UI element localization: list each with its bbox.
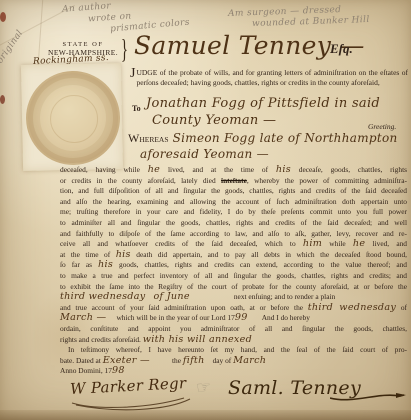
printed-text: tion, and full diſpoſition of all and ſi… — [60, 186, 407, 195]
body-line: to make a true and perfect inventory of … — [60, 271, 407, 282]
body-line: March —which will be in the year of our … — [60, 313, 407, 324]
printed-text: which will be in the year of our Lord 17 — [116, 313, 234, 322]
handwritten-text: him — [303, 238, 322, 249]
printed-text: to adminiſter all and ſingular the goods… — [60, 218, 407, 227]
judge-name: Samuel Tenney — [134, 31, 331, 60]
brace-glyph: } — [121, 34, 128, 65]
handwritten-text: his — [98, 259, 113, 270]
printed-text: and faithfully to diſpoſe of the ſame ac… — [60, 229, 407, 238]
body-line: rights and credits aforeſaid. with his w… — [60, 335, 407, 346]
printed-text: of — [396, 303, 407, 312]
document-body: deceaſed, having while he lived, and at … — [60, 165, 407, 377]
printed-text: , whereby the power of committing admini… — [247, 176, 407, 185]
seal-paper-patch — [21, 63, 123, 171]
body-line: and true account of your ſaid adminiſtra… — [60, 303, 407, 314]
printed-text: death did appertain, and to pay all debt… — [131, 250, 407, 259]
paper-bottom-edge — [0, 410, 411, 420]
printed-text: deceaſed, having while — [60, 165, 148, 174]
printed-text: next enſuing; and to render a plain — [234, 292, 335, 301]
printed-text: ſo far as — [60, 260, 98, 269]
handwritten-text: with his will annexed — [143, 334, 252, 345]
printed-text: goods, chattles, rights and credits can … — [113, 260, 407, 269]
printed-text: at the time of — [60, 250, 116, 259]
handwritten-text: his — [276, 164, 291, 175]
whereas-line2: aforesaid Yeoman — — [140, 147, 269, 161]
pencil-note-margin: original — [0, 28, 25, 65]
whereas-word: HEREAS — [139, 135, 168, 144]
printed-text: and true account of your ſaid adminiſtra… — [60, 303, 308, 312]
handwritten-text: third wednesday — [308, 302, 396, 313]
handwritten-text: 98 — [112, 365, 125, 376]
printed-text: bate. Dated at — [60, 356, 103, 365]
handwritten-text: his — [116, 249, 131, 260]
printed-text: me; truſting therefore in your care and … — [60, 207, 407, 216]
addressee-line2: County Yeoman — — [152, 113, 276, 128]
drop-cap: W — [128, 131, 139, 145]
printed-text: lived, and at the time of — [160, 165, 276, 174]
addressee-name: Jonathan Fogg of Pittsfield in said — [146, 96, 380, 111]
handwritten-text: March — — [60, 312, 106, 323]
printed-text: ordain, conſtitute and appoint you admin… — [60, 324, 407, 333]
printed-text: day of — [213, 356, 234, 365]
printed-text: Anno Domini, 17 — [60, 366, 112, 375]
printed-text: In teſtimony whereof, I have hereunto ſe… — [68, 345, 407, 354]
wax-spot — [0, 95, 5, 104]
signature-flourish — [66, 393, 196, 411]
whereas-line: WHEREAS Simeon Fogg late of Northhampton — [128, 131, 398, 146]
printed-text: ceive all and whatſoever credits of the … — [60, 239, 303, 248]
printed-text: to exhibit the ſame into the Regiſtry of… — [60, 282, 407, 291]
handwritten-text: he — [148, 164, 160, 175]
document-photo: An author wrote on prismatic colors Am s… — [0, 0, 411, 420]
body-line: ceive all and whatſoever credits of the … — [60, 239, 407, 250]
printed-text: or credits in the county aforeſaid, late… — [60, 176, 221, 185]
decedent-name: Simeon Fogg late of Northhampton — [169, 131, 398, 145]
body-line: or credits in the county aforeſaid, late… — [60, 176, 407, 187]
embossed-seal-inner-ring — [50, 94, 99, 143]
intro-text: UDGE of the probate of wills, and for gr… — [136, 68, 408, 87]
printed-text: while — [322, 239, 353, 248]
printed-text: deceaſe, goods, chattles, rights — [291, 165, 407, 174]
greeting-label: Greeting. — [368, 122, 396, 131]
intro-paragraph: JUDGE of the probate of wills, and for g… — [130, 68, 408, 89]
wax-spot — [0, 12, 6, 22]
body-line: ſo far as his goods, chattles, rights an… — [60, 260, 407, 271]
embossed-seal — [25, 70, 121, 166]
printed-text: lived, and — [365, 239, 407, 248]
body-line: me; truſting therefore in your care and … — [60, 207, 407, 218]
handwritten-text: fifth — [183, 355, 205, 366]
printed-text: rights and credits aforeſaid. — [60, 335, 143, 344]
to-label: To — [132, 104, 141, 113]
printed-text: and alſo the hearing, examining and allo… — [60, 197, 407, 206]
printed-text: the — [172, 356, 183, 365]
body-line: and alſo the hearing, examining and allo… — [60, 197, 407, 208]
printed-text: And I do hereby — [262, 313, 310, 322]
body-line: tion, and full diſpoſition of all and ſi… — [60, 186, 407, 197]
handwritten-text: he — [353, 238, 365, 249]
handwritten-text: Exeter — — [103, 355, 150, 366]
drop-cap: J — [130, 68, 135, 80]
handwritten-text: March — [233, 355, 266, 366]
handwritten-text: third wednesday — [60, 291, 145, 302]
handwritten-text: 99 — [235, 312, 248, 323]
signature-flourish — [330, 390, 408, 404]
esq-label: Eſq. — [330, 41, 353, 57]
printed-text: to make a true and perfect inventory of … — [60, 271, 407, 280]
manicule-icon: ☞ — [195, 377, 212, 398]
body-line: Anno Domini, 1798 — [60, 366, 407, 377]
struck-text: inteſtate — [221, 176, 247, 185]
handwritten-text: of June — [153, 291, 189, 302]
body-line: to adminiſter all and ſingular the goods… — [60, 218, 407, 229]
body-line: deceaſed, having while he lived, and at … — [60, 165, 407, 176]
